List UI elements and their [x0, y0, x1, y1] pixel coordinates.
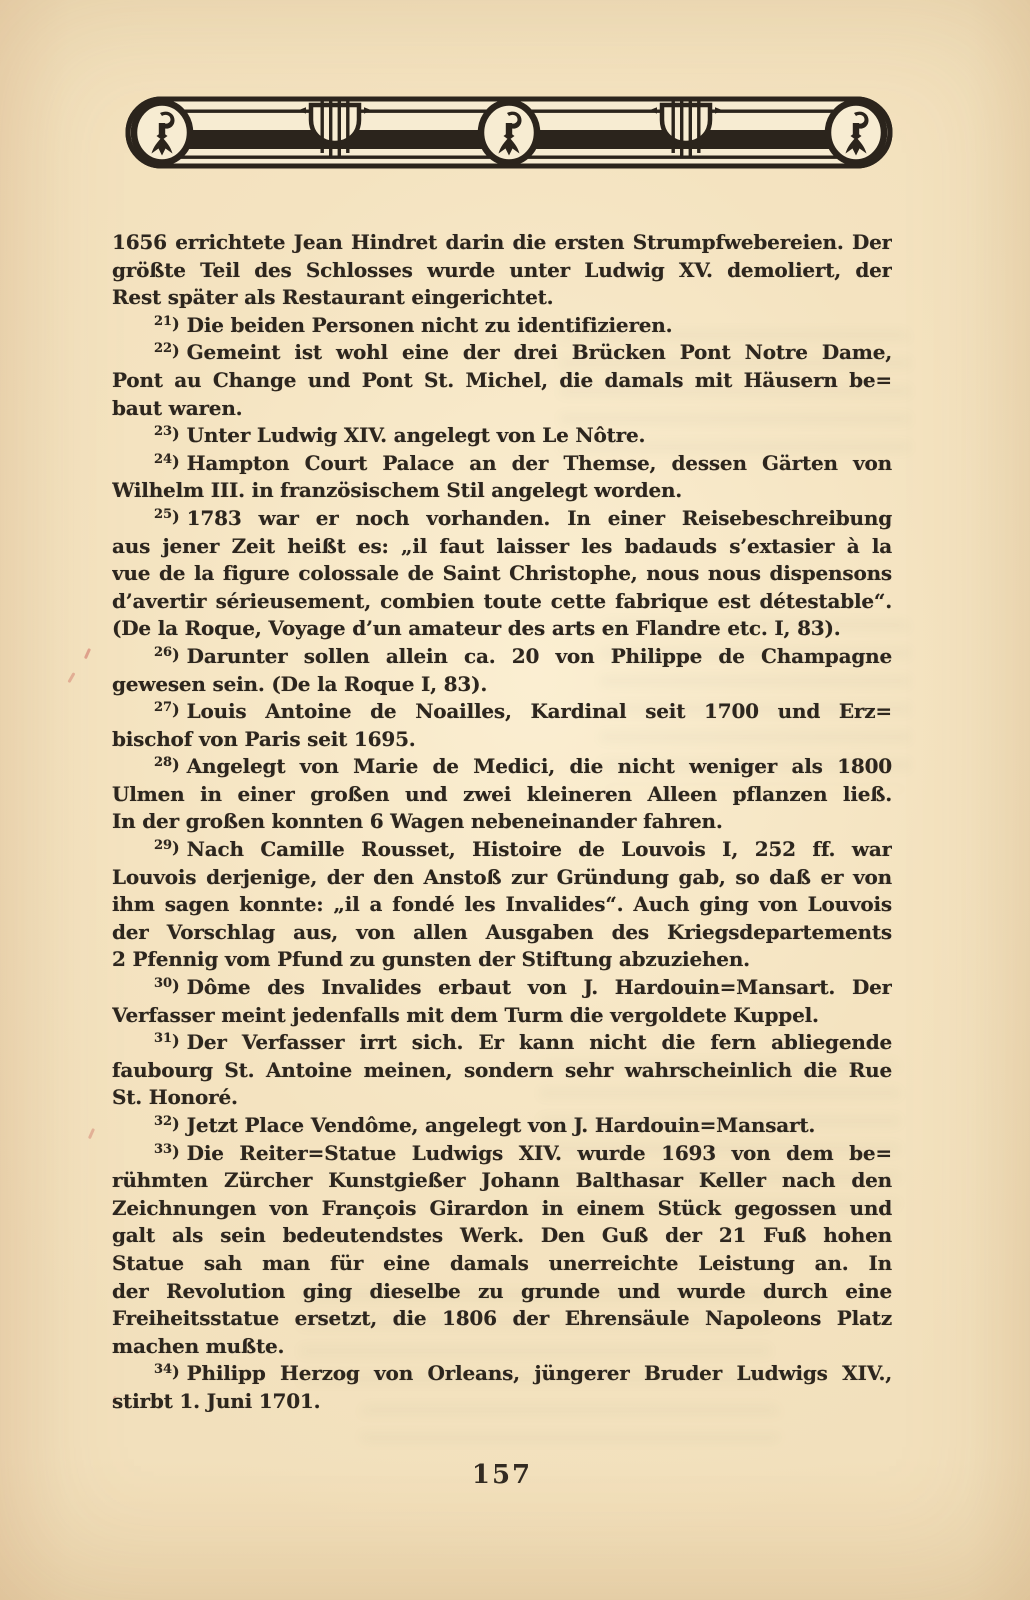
text-line: In der großen konnten 6 Wagen nebeneinan… — [112, 808, 892, 836]
pencil-mark — [88, 1128, 95, 1139]
footnotes-block: 1656 errichtete Jean Hindret darin die e… — [112, 229, 892, 1416]
paragraph: 32)Jetzt Place Vendôme, angelegt von J. … — [112, 1112, 892, 1140]
footnote-paren: ) — [172, 645, 180, 664]
paragraph: 28)Angelegt von Marie de Medici, die nic… — [112, 753, 892, 836]
text-line: der Vorschlag aus, von allen Ausgaben de… — [112, 919, 892, 947]
text-line: faubourg St. Antoine meinen, sondern seh… — [112, 1057, 892, 1085]
footnote-marker: 28 — [154, 755, 172, 770]
footnote-marker: 26 — [154, 645, 172, 660]
footnote-paren: ) — [172, 1031, 180, 1050]
footnote-marker: 25 — [154, 507, 172, 522]
text-line: Pont au Change und Pont St. Michel, die … — [112, 367, 892, 395]
text-line: 29)Nach Camille Rousset, Histoire de Lou… — [112, 836, 892, 864]
text-line: Freiheitsstatue ersetzt, die 1806 der Eh… — [112, 1305, 892, 1333]
text-line: 31)Der Verfasser irrt sich. Er kann nich… — [112, 1029, 892, 1057]
paragraph: 1656 errichtete Jean Hindret darin die e… — [112, 229, 892, 312]
text-line: 34)Philipp Herzog von Orleans, jüngerer … — [112, 1360, 892, 1388]
text-line: 30)Dôme des Invalides erbaut von J. Hard… — [112, 974, 892, 1002]
footnote-marker: 31 — [154, 1031, 172, 1046]
text-line: aus jener Zeit heißt es: „il faut laisse… — [112, 533, 892, 561]
text-line: 23)Unter Ludwig XIV. angelegt von Le Nôt… — [112, 422, 892, 450]
paragraph: 34)Philipp Herzog von Orleans, jüngerer … — [112, 1360, 892, 1415]
text-line: (De la Roque, Voyage d’un amateur des ar… — [112, 615, 892, 643]
paragraph: 33)Die Reiter=Statue Ludwigs XIV. wurde … — [112, 1140, 892, 1361]
footnote-marker: 22 — [154, 341, 172, 356]
footnote-paren: ) — [172, 341, 180, 360]
text-line: vue de la figure colossale de Saint Chri… — [112, 560, 892, 588]
footnote-marker: 34 — [154, 1362, 172, 1377]
page-number: 157 — [112, 1460, 892, 1490]
text-line: Zeichnungen von François Girardon in ein… — [112, 1195, 892, 1223]
footnote-marker: 33 — [154, 1142, 172, 1157]
footnote-marker: 21 — [154, 314, 172, 329]
footnote-paren: ) — [172, 314, 180, 333]
text-line: Louvois derjenige, der den Anstoß zur Gr… — [112, 864, 892, 892]
paragraph: 31)Der Verfasser irrt sich. Er kann nich… — [112, 1029, 892, 1112]
footnote-paren: ) — [172, 1362, 180, 1381]
text-line: Statue sah man für eine damals unerreich… — [112, 1250, 892, 1278]
footnote-paren: ) — [172, 507, 180, 526]
text-line: 33)Die Reiter=Statue Ludwigs XIV. wurde … — [112, 1140, 892, 1168]
text-line: Ulmen in einer großen und zwei kleineren… — [112, 781, 892, 809]
text-line: 32)Jetzt Place Vendôme, angelegt von J. … — [112, 1112, 892, 1140]
footnote-paren: ) — [172, 755, 180, 774]
book-page: 1656 errichtete Jean Hindret darin die e… — [0, 0, 1030, 1600]
footnote-paren: ) — [172, 1114, 180, 1133]
paragraph: 27)Louis Antoine de Noailles, Kardinal s… — [112, 698, 892, 753]
footnote-paren: ) — [172, 838, 180, 857]
footnote-paren: ) — [172, 452, 180, 471]
text-line: Wilhelm III. in französischem Stil angel… — [112, 477, 892, 505]
header-ornament — [125, 95, 893, 171]
paragraph: 30)Dôme des Invalides erbaut von J. Hard… — [112, 974, 892, 1029]
text-line: St. Honoré. — [112, 1084, 892, 1112]
text-line: baut waren. — [112, 395, 892, 423]
text-line: bischof von Paris seit 1695. — [112, 726, 892, 754]
paragraph: 29)Nach Camille Rousset, Histoire de Lou… — [112, 836, 892, 974]
footnote-marker: 23 — [154, 424, 172, 439]
paragraph: 21)Die beiden Personen nicht zu identifi… — [112, 312, 892, 340]
text-line: der Revolution ging dieselbe zu grunde u… — [112, 1278, 892, 1306]
paragraph: 22)Gemeint ist wohl eine der drei Brücke… — [112, 339, 892, 422]
text-line: 25)1783 war er noch vorhanden. In einer … — [112, 505, 892, 533]
text-line: galt als sein bedeutendstes Werk. Den Gu… — [112, 1222, 892, 1250]
text-line: gewesen sein. (De la Roque I, 83). — [112, 671, 892, 699]
footnote-marker: 24 — [154, 452, 172, 467]
footnote-paren: ) — [172, 424, 180, 443]
text-line: 1656 errichtete Jean Hindret darin die e… — [112, 229, 892, 257]
footnote-paren: ) — [172, 1142, 180, 1161]
text-line: Verfasser meint jedenfalls mit dem Turm … — [112, 1002, 892, 1030]
text-line: 24)Hampton Court Palace an der Themse, d… — [112, 450, 892, 478]
text-line: rühmten Zürcher Kunstgießer Johann Balth… — [112, 1167, 892, 1195]
footnote-marker: 32 — [154, 1114, 172, 1129]
text-line: größte Teil des Schlosses wurde unter Lu… — [112, 257, 892, 285]
paragraph: 24)Hampton Court Palace an der Themse, d… — [112, 450, 892, 505]
text-line: 27)Louis Antoine de Noailles, Kardinal s… — [112, 698, 892, 726]
text-line: 28)Angelegt von Marie de Medici, die nic… — [112, 753, 892, 781]
text-line: stirbt 1. Juni 1701. — [112, 1388, 892, 1416]
paragraph: 23)Unter Ludwig XIV. angelegt von Le Nôt… — [112, 422, 892, 450]
footnote-marker: 29 — [154, 838, 172, 853]
paragraph: 25)1783 war er noch vorhanden. In einer … — [112, 505, 892, 643]
text-line: machen mußte. — [112, 1333, 892, 1361]
pencil-mark — [84, 648, 91, 659]
pencil-mark — [67, 672, 75, 683]
text-line: 22)Gemeint ist wohl eine der drei Brücke… — [112, 339, 892, 367]
footnote-marker: 30 — [154, 976, 172, 991]
text-line: 2 Pfennig vom Pfund zu gunsten der Stift… — [112, 946, 892, 974]
footnote-paren: ) — [172, 976, 180, 995]
footnote-paren: ) — [172, 700, 180, 719]
text-line: 26)Darunter sollen allein ca. 20 von Phi… — [112, 643, 892, 671]
paragraph: 26)Darunter sollen allein ca. 20 von Phi… — [112, 643, 892, 698]
text-line: Rest später als Restaurant eingerichtet. — [112, 284, 892, 312]
footnote-marker: 27 — [154, 700, 172, 715]
text-line: ihm sagen konnte: „il a fondé les Invali… — [112, 891, 892, 919]
text-line: 21)Die beiden Personen nicht zu identifi… — [112, 312, 892, 340]
text-line: d’avertir sérieusement, combien toute ce… — [112, 588, 892, 616]
